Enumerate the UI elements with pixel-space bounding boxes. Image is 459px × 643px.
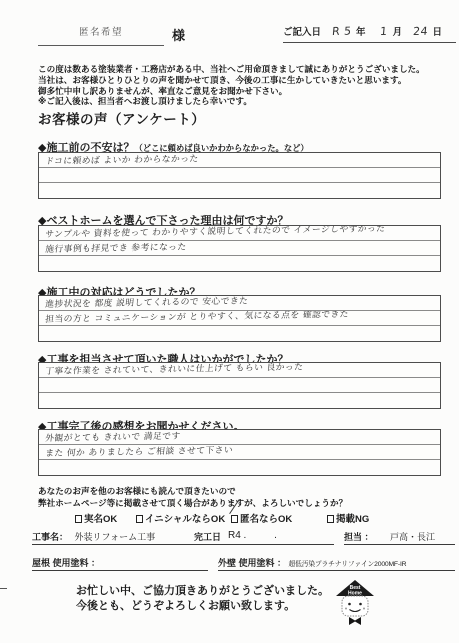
handwritten-answer: 進捗状況を 都度 説明してくれるので 安心できた xyxy=(45,296,249,311)
checkbox-icon xyxy=(231,515,238,523)
wall-paint-segment: 外壁 使用塗料 ： 超低汚染プラチナリファイン2000MF-IR xyxy=(218,556,455,571)
question-1-answer-box: ドコに頼めば よいか わからなかった xyxy=(38,152,441,199)
entry-date-day: 24 xyxy=(412,25,428,38)
intro-line: 当社は、お客様ひとりひとりの声を聞かせて頂き、今後の工事に生かしていきたいと思い… xyxy=(38,75,444,86)
entry-date-month: 1 xyxy=(380,25,389,38)
option-initials: イニシャルならOK xyxy=(136,511,225,525)
staff-value: 戸高・長江 xyxy=(390,530,435,543)
publication-consent-text: あなたのお声を他のお客様にも読んで頂きたいので 弊社ホームページ等に掲載させて頂… xyxy=(38,486,347,509)
answer-row: また 何か ありましたら ご相談 させて下さい xyxy=(39,445,440,460)
consent-options-row: 実名OK イニシャルならOK 匿名ならOK 掲載NG xyxy=(0,511,459,527)
answer-row: 丁寧な作業を されていて、きれいに仕上げて もらい 良かった xyxy=(39,363,440,378)
intro-line: ※ご記入後は、担当者へお渡し頂けましたら幸いです。 xyxy=(38,96,444,107)
closing-line: 今後とも、どうぞよろしくお願い致します。 xyxy=(76,599,329,614)
scanned-survey-form: 匿名希望 様 ご記入日 R 5年 1月 24日 この度は数ある塗装業者・工務店が… xyxy=(0,0,459,643)
option-label: イニシャルならOK xyxy=(145,514,225,525)
checkbox-icon xyxy=(327,515,334,523)
handwritten-answer: 担当の方と コミュニケーションが とりやすく、気になる点を 確認できた xyxy=(45,311,350,326)
customer-name-field: 匿名希望 xyxy=(38,22,164,46)
work-info-row: 工事名： 外装リフォーム工事 完工日 R4 . . 担当 ： 戸高・長江 xyxy=(32,530,455,546)
question-2-answer-box: サンプルや 資料を使って わかりやすく説明してくれたので イメージしやすかった … xyxy=(38,225,441,272)
intro-line: 御多忙中申し訳ありませんが、率直なご意見をお聞かせ下さい。 xyxy=(38,86,444,97)
answer-row: 担当の方と コミュニケーションが とりやすく、気になる点を 確認できた xyxy=(39,311,440,326)
answer-row: 進捗状況を 都度 説明してくれるので 安心できた xyxy=(39,296,440,311)
paint-info-row: 屋根 使用塗料 ： 外壁 使用塗料 ： 超低汚染プラチナリファイン2000MF-… xyxy=(32,556,455,572)
handwritten-answer: サンプルや 資料を使って わかりやすく説明してくれたので イメージしやすかった xyxy=(45,226,386,241)
answer-row xyxy=(39,326,440,341)
honorific-label: 様 xyxy=(172,25,185,44)
intro-line: この度は数ある塗装業者・工務店がある中、当社へご用命頂きまして誠にありがとうござ… xyxy=(38,64,444,75)
question-3-answer-box: 進捗状況を 都度 説明してくれるので 安心できた 担当の方と コミュニケーション… xyxy=(38,295,441,342)
answer-row xyxy=(39,168,440,183)
option-anonymous: 匿名ならOK xyxy=(231,511,292,525)
completion-date-value: R4 . . xyxy=(228,530,277,541)
answer-row xyxy=(39,378,440,393)
closing-message: お忙しい中、ご協力頂きありがとうございました。 今後とも、どうぞよろしくお願い致… xyxy=(76,584,329,614)
mascot-bow-tie xyxy=(349,617,361,625)
question-4-answer-box: 丁寧な作業を されていて、きれいに仕上げて もらい 良かった xyxy=(38,362,441,409)
entry-date-field: ご記入日 R 5年 1月 24日 xyxy=(283,24,456,43)
completion-date-label: 完工日 xyxy=(194,530,221,543)
mascot-eye xyxy=(359,603,362,606)
roof-paint-segment: 屋根 使用塗料 ： xyxy=(32,556,208,571)
work-name-value: 外装リフォーム工事 xyxy=(75,532,156,542)
staff-label: 担当 ： xyxy=(344,532,374,542)
scan-artifact xyxy=(0,588,7,589)
answer-row: 施行事例も拝見でき 参考になった xyxy=(39,241,440,256)
mascot-cheek xyxy=(363,608,365,610)
option-label: 匿名ならOK xyxy=(240,514,292,525)
handwritten-answer: また 何か ありましたら ご相談 させて下さい xyxy=(45,445,234,460)
checkbox-icon xyxy=(75,515,82,523)
option-label: 掲載NG xyxy=(336,514,369,525)
company-mascot-logo: Best Home xyxy=(334,579,376,626)
intro-paragraph: この度は数ある塗装業者・工務店がある中、当社へご用命頂きまして誠にありがとうござ… xyxy=(38,64,444,107)
year-unit: 年 xyxy=(356,27,366,38)
roof-paint-label: 屋根 使用塗料 ： xyxy=(32,558,100,568)
customer-name-value: 匿名希望 xyxy=(79,27,123,38)
handwritten-answer: ドコに頼めば よいか わからなかった xyxy=(45,153,200,168)
checkbox-icon xyxy=(136,515,143,523)
option-label: 実名OK xyxy=(84,514,117,525)
answer-row xyxy=(39,393,440,408)
mascot-cheek xyxy=(345,608,347,610)
answer-row: ドコに頼めば よいか わからなかった xyxy=(39,153,440,168)
staff-segment: 担当 ： 戸高・長江 xyxy=(344,530,455,545)
handwritten-answer: 施行事例も拝見でき 参考になった xyxy=(45,241,188,256)
handwritten-answer: 外観がとても きれいで 満足です xyxy=(45,430,182,445)
work-name-label: 工事名： xyxy=(32,532,68,542)
answer-row: サンプルや 資料を使って わかりやすく説明してくれたので イメージしやすかった xyxy=(39,226,440,241)
entry-date-era-year: R 5 xyxy=(331,25,352,38)
consent-line: 弊社ホームページ等に掲載させて頂く場合がありますが、よろしいでしょうか？ xyxy=(38,498,347,510)
mascot-face xyxy=(342,596,368,616)
month-unit: 月 xyxy=(393,27,403,38)
question-5-answer-box: 外観がとても きれいで 満足です また 何か ありましたら ご相談 させて下さい xyxy=(38,429,441,476)
wall-paint-label: 外壁 使用塗料 ： xyxy=(218,558,286,568)
entry-date-label: ご記入日 xyxy=(283,27,321,38)
wall-paint-value: 超低汚染プラチナリファイン2000MF-IR xyxy=(289,561,407,568)
option-no-publication: 掲載NG xyxy=(327,511,369,525)
answer-row xyxy=(39,256,440,271)
work-name-segment: 工事名： 外装リフォーム工事 完工日 R4 . . xyxy=(32,530,334,545)
mascot-eye xyxy=(348,603,351,606)
closing-line: お忙しい中、ご協力頂きありがとうございました。 xyxy=(76,584,329,599)
day-unit: 日 xyxy=(433,27,443,38)
answer-row xyxy=(39,460,440,475)
consent-line: あなたのお声を他のお客様にも読んで頂きたいので xyxy=(38,486,347,498)
handwritten-answer: 丁寧な作業を されていて、きれいに仕上げて もらい 良かった xyxy=(45,363,304,378)
option-real-name: 実名OK xyxy=(75,511,117,525)
answer-row: 外観がとても きれいで 満足です xyxy=(39,430,440,445)
page-title: お客様の声（アンケート） xyxy=(38,108,205,128)
answer-row xyxy=(39,183,440,198)
